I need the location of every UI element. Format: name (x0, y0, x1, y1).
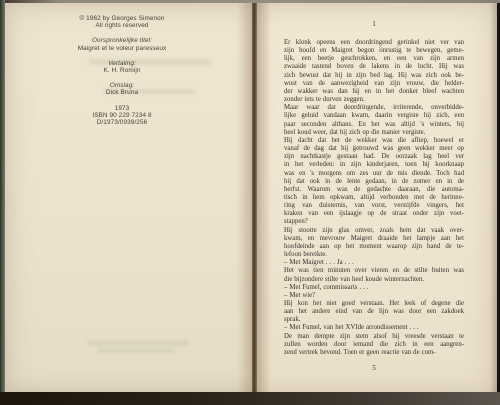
copyright-line: © 1962 by Georges Simenon (5, 15, 239, 22)
edition-block: 1973 ISBN 90 229 7234 8 D/1973/0939/256 (5, 105, 239, 127)
right-page: 1 Er klonk opeens een doordringend gerin… (257, 2, 497, 397)
body-text-line: zwaaide tastend boven de lakens in de lu… (284, 63, 464, 71)
translation-block: Vertaling: K. H. Romijn (5, 60, 239, 74)
body-text-line: wust van de aanwezigheid van zijn vrouw,… (284, 80, 464, 88)
body-text-line: heel koud weer, dat hij zich op die mani… (284, 129, 464, 137)
body-text-line: – Met Fumel, commissaris . . . (284, 284, 464, 292)
body-text-line: zullen worden door iemand die zich in ee… (284, 341, 464, 349)
body-text-line: zend vertrek bevond. Toen er geen reacti… (284, 349, 464, 357)
page-number: 5 (284, 364, 464, 372)
body-text-line: aan het andere eind van de lijn was door… (284, 308, 464, 316)
copyright-block: © 1962 by Georges Simenon All rights res… (5, 15, 239, 29)
body-text-line: zonder iets te durven zeggen. (284, 96, 464, 104)
cover-block: Omslag: Dick Bruna (5, 82, 239, 96)
body-text-line: die bijzondere stilte van heel koude win… (284, 276, 464, 284)
body-text-line: zich bewust dat hij in zijn bed lag. Hij… (284, 72, 464, 80)
book-photo: © 1962 by Georges Simenon All rights res… (0, 0, 500, 405)
body-text-line: ring van duisternis, van vorst, verstijf… (284, 202, 464, 210)
left-page: © 1962 by Georges Simenon All rights res… (5, 2, 253, 392)
body-text-line: lijke geluid vandaan kwam, daarin vergis… (284, 112, 464, 120)
body-text-line: Het was tien minuten over vieren en de s… (284, 267, 464, 275)
body-text: Er klonk opeens een doordringend gerinke… (284, 39, 464, 357)
body-text-line: Er klonk opeens een doordringend gerinke… (284, 39, 464, 47)
body-text-line: sprak. (284, 316, 464, 324)
body-text-line: vanaf de dag dat hij getrouwd was geen w… (284, 145, 464, 153)
body-text-line: in het verleden: in zijn kinderjaren, to… (284, 161, 464, 169)
body-text-line: Hij stootte zijn glas omver, zoals hem d… (284, 227, 464, 235)
body-text-line: zijn hoofd en Maigret begon onrustig te … (284, 47, 464, 55)
cover-designer-name: Dick Bruna (5, 89, 239, 96)
chapter-number: 1 (284, 20, 464, 28)
show-through-text (87, 340, 189, 346)
body-text-line: Maar waar dat doordringende, irriterende… (284, 104, 464, 112)
translator-name: K. H. Romijn (5, 67, 239, 74)
photo-left-edge (0, 0, 5, 397)
depot-number: D/1973/0939/256 (5, 119, 239, 126)
body-text-line: was en 's morgens om zes uur de mis dien… (284, 170, 464, 178)
body-text-line: der wakker was dan hij en in het donker … (284, 88, 464, 96)
show-through-text (97, 348, 175, 353)
original-title-label: Oorspronkelijke titel: (5, 37, 239, 44)
body-text-line: kwam, en mevrouw Maigret draaide het lam… (284, 235, 464, 243)
original-title-block: Oorspronkelijke titel: Maigret et le vol… (5, 37, 239, 51)
original-title: Maigret et le voleur paresseux (5, 45, 239, 52)
body-text-line: hij dat ook in de lente gedaan, in de zo… (284, 178, 464, 186)
photo-top-edge (0, 0, 500, 3)
body-text-line: lijk, een beetje geschrokken, en een van… (284, 55, 464, 63)
rights-line: All rights reserved (5, 22, 239, 29)
translation-label: Vertaling: (5, 60, 239, 67)
body-text-line: herfst. Waarom was de gedachte daaraan, … (284, 186, 464, 194)
cover-label: Omslag: (5, 82, 239, 89)
body-text-line: – Met Fumel, van het XVIde arrondissemen… (284, 324, 464, 332)
body-text-line: – Met wie? (284, 292, 464, 300)
body-text-line: zijn nachtkastje gestaan had. De oorzaak… (284, 153, 464, 161)
body-text-line: tisch in hem opkwam, altijd verbonden me… (284, 194, 464, 202)
year: 1973 (5, 105, 239, 112)
isbn: ISBN 90 229 7234 8 (5, 112, 239, 119)
body-text-line: De man dempte zijn stem alsof hij vreesd… (284, 333, 464, 341)
body-text-line: stappen? (284, 218, 464, 226)
body-text-line: lefoon bereikte. (284, 251, 464, 259)
colophon: © 1962 by Georges Simenon All rights res… (5, 15, 239, 126)
body-text-line: – Met Maigret . . . Ja . . . (284, 259, 464, 267)
body-text-line: Hij kon het niet goed verstaan. Het leek… (284, 300, 464, 308)
body-text-line: paar seconden althans. En het was altijd… (284, 121, 464, 129)
body-text-line: Hij dacht dat het de wekker was die afli… (284, 137, 464, 145)
body-text-line: hoofdeinde aan op het moment waarop zijn… (284, 243, 464, 251)
photo-bottom-edge (0, 392, 500, 405)
body-text-line: kraken van een ijslaagje op de straat on… (284, 210, 464, 218)
